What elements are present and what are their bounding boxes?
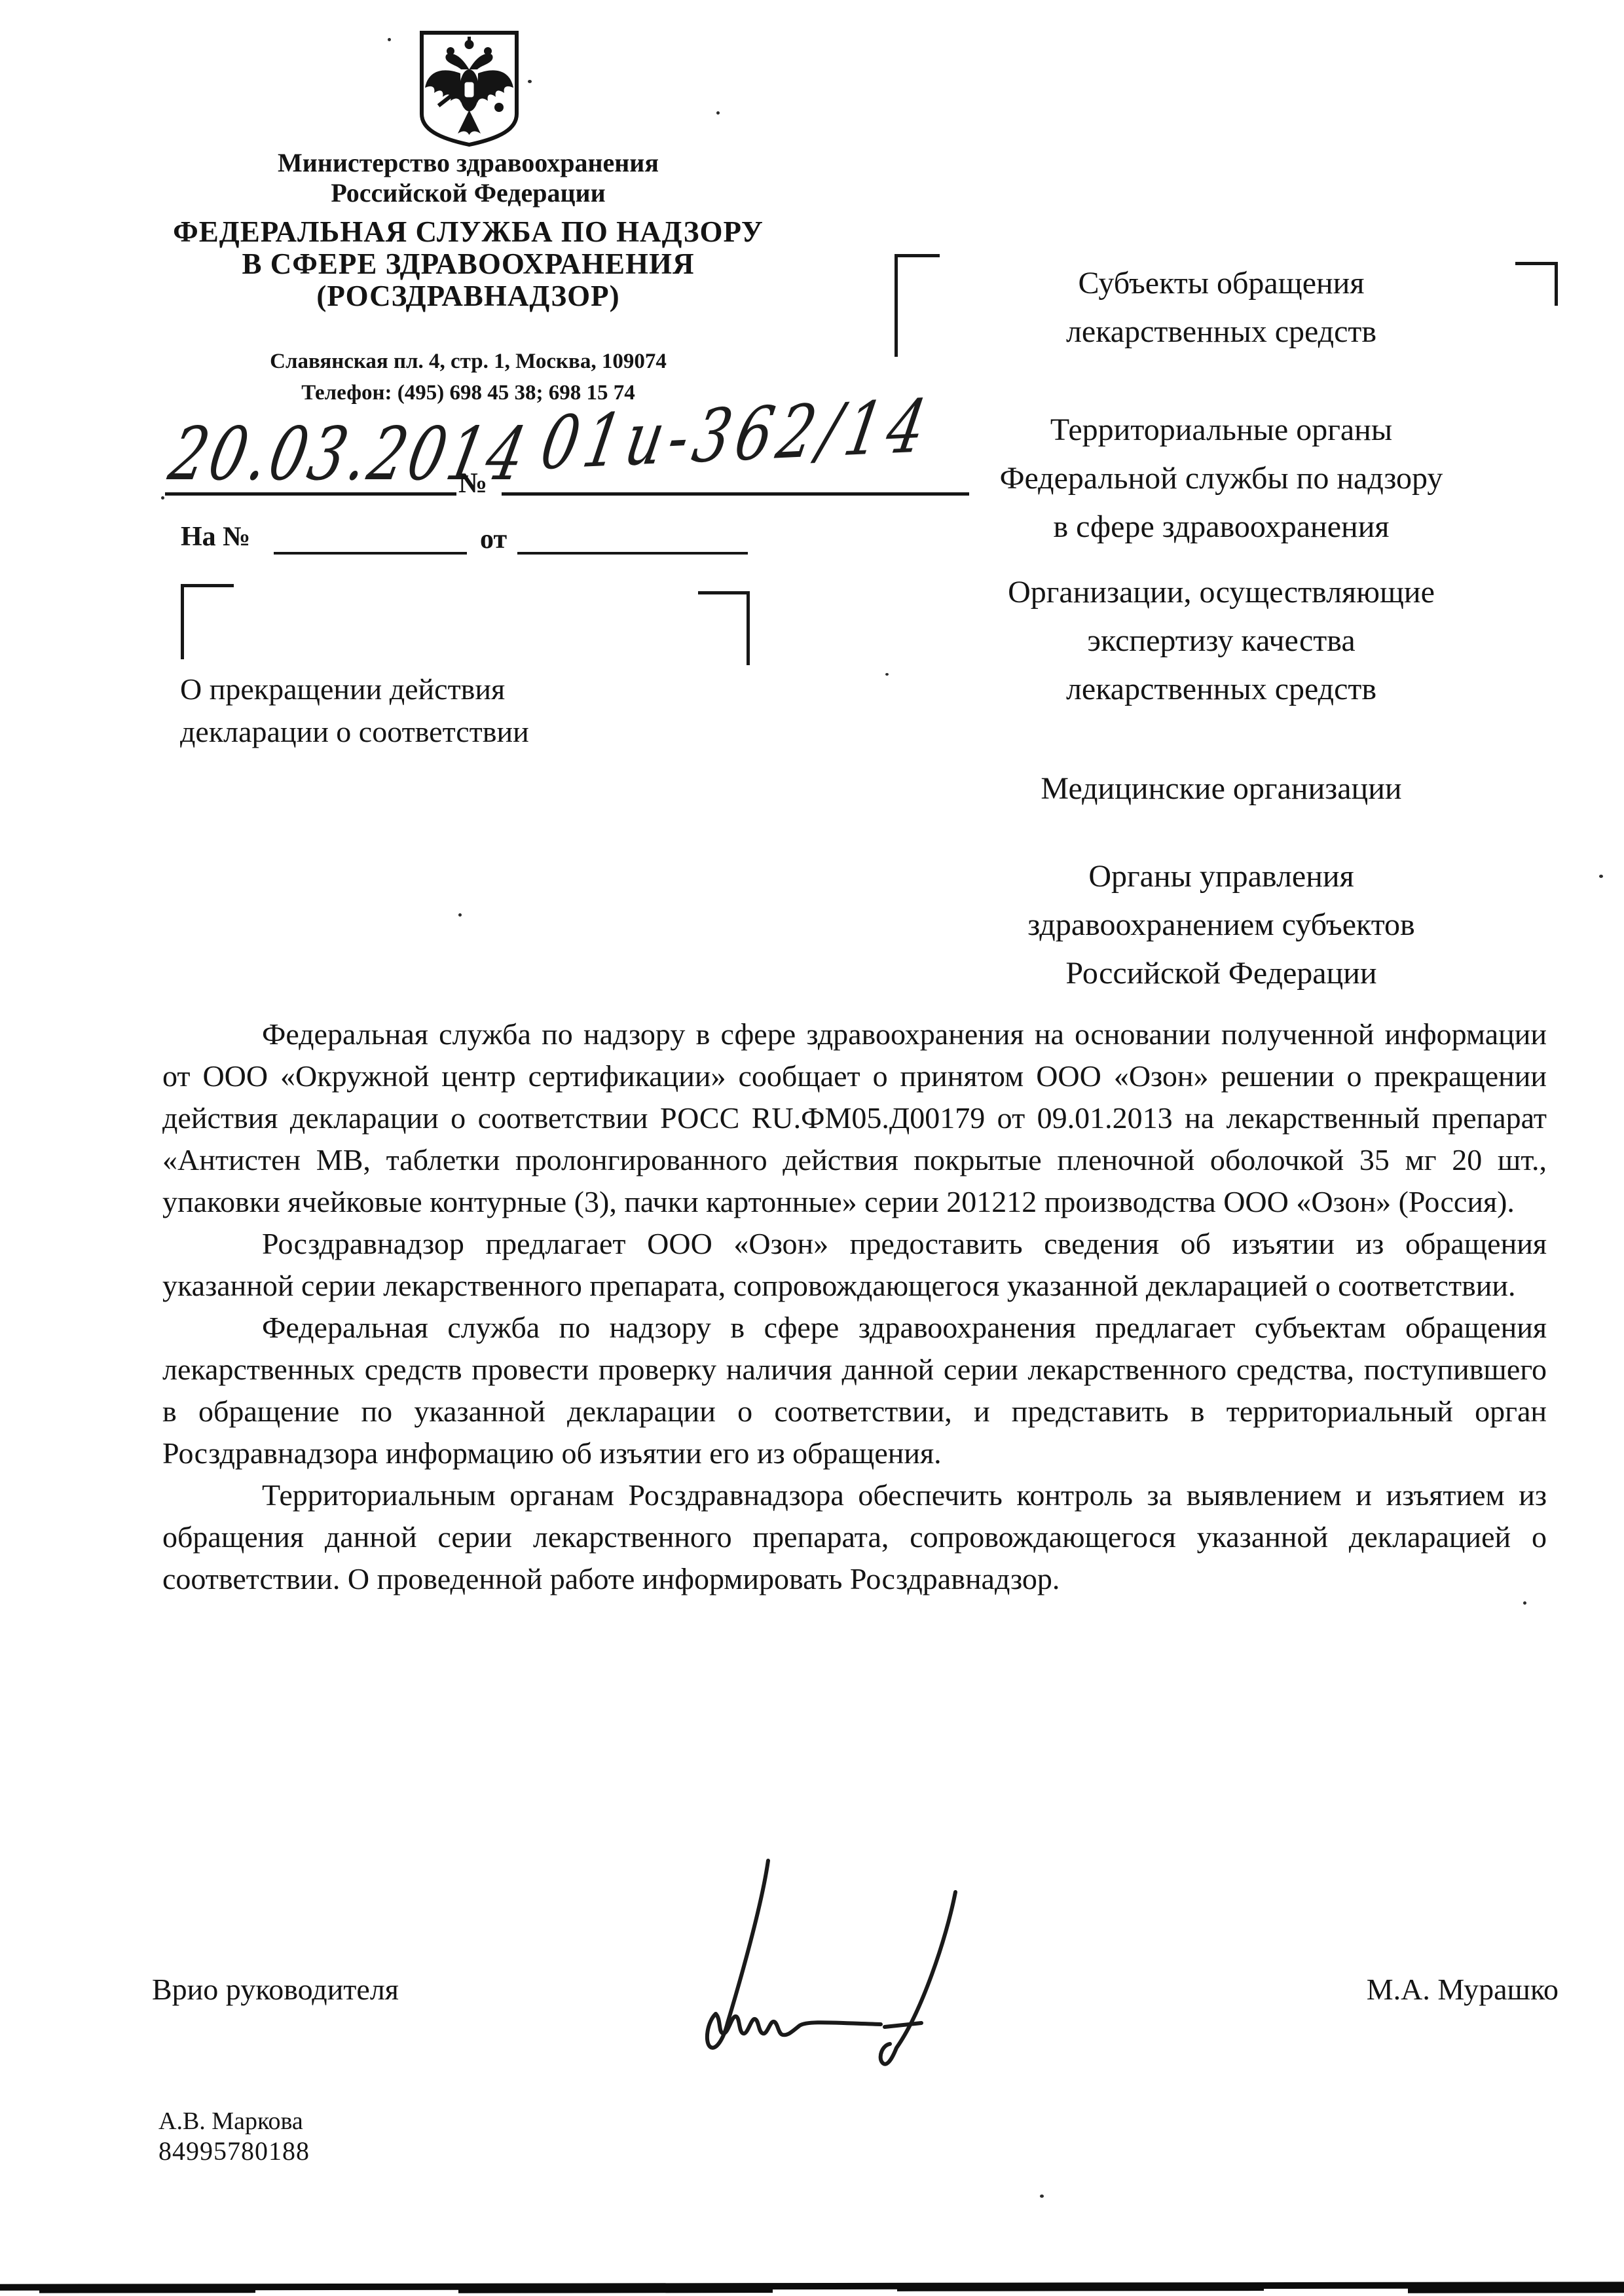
executor-name: А.В. Маркова xyxy=(158,2107,303,2136)
body-paragraph: Федеральная служба по надзору в сфере зд… xyxy=(162,1307,1547,1474)
signer-position: Врио руководителя xyxy=(152,1972,399,2007)
subject-text: О прекращении действия декларации о соот… xyxy=(180,668,769,753)
recipient-block: Территориальные органы Федеральной служб… xyxy=(871,406,1572,551)
scan-speck xyxy=(885,673,889,676)
scan-speck xyxy=(458,913,462,917)
recipient-block: Органы управления здравоохранением субъе… xyxy=(871,852,1572,998)
coat-of-arms-icon xyxy=(416,29,522,149)
recipient-block: Субъекты обращения лекарственных средств xyxy=(871,259,1572,356)
reply-to-underline xyxy=(274,552,467,555)
scan-speck xyxy=(161,496,164,500)
scan-speck xyxy=(1523,1601,1526,1605)
number-sign-label: № xyxy=(458,466,487,500)
recipient-block: Организации, осуществляющие экспертизу к… xyxy=(871,568,1572,714)
corner-bracket-subject-left xyxy=(181,584,234,659)
scanned-letter-page: Министерство здравоохранения Российской … xyxy=(0,0,1624,2296)
signature-autograph-image xyxy=(665,1854,972,2080)
corner-bracket-subject-right xyxy=(698,591,750,665)
letter-body: Федеральная служба по надзору в сфере зд… xyxy=(162,1013,1547,1600)
signer-name: М.А. Мурашко xyxy=(1297,1972,1559,2007)
scan-speck xyxy=(716,111,720,115)
body-paragraph: Федеральная служба по надзору в сфере зд… xyxy=(162,1013,1547,1223)
scan-speck xyxy=(1599,875,1603,878)
address-line: Славянская пл. 4, стр. 1, Москва, 109074 xyxy=(157,350,779,374)
scan-edge-artifact xyxy=(0,2277,1624,2296)
reply-to-label: На № xyxy=(181,521,250,553)
reply-from-label: от xyxy=(480,524,507,555)
scan-speck xyxy=(388,38,391,41)
scan-speck xyxy=(528,80,532,83)
reply-from-underline xyxy=(517,552,748,555)
date-underline xyxy=(165,492,456,496)
body-paragraph: Росздравнадзор предлагает ООО «Озон» пре… xyxy=(162,1223,1547,1307)
executor-phone: 84995780188 xyxy=(158,2136,310,2166)
ministry-name: Министерство здравоохранения Российской … xyxy=(157,148,779,208)
body-paragraph: Территориальным органам Росздравнадзора … xyxy=(162,1474,1547,1600)
scan-speck xyxy=(1040,2195,1044,2198)
service-name: ФЕДЕРАЛЬНАЯ СЛУЖБА ПО НАДЗОРУ В СФЕРЕ ЗД… xyxy=(157,216,779,312)
recipient-block: Медицинские организации xyxy=(871,765,1572,813)
